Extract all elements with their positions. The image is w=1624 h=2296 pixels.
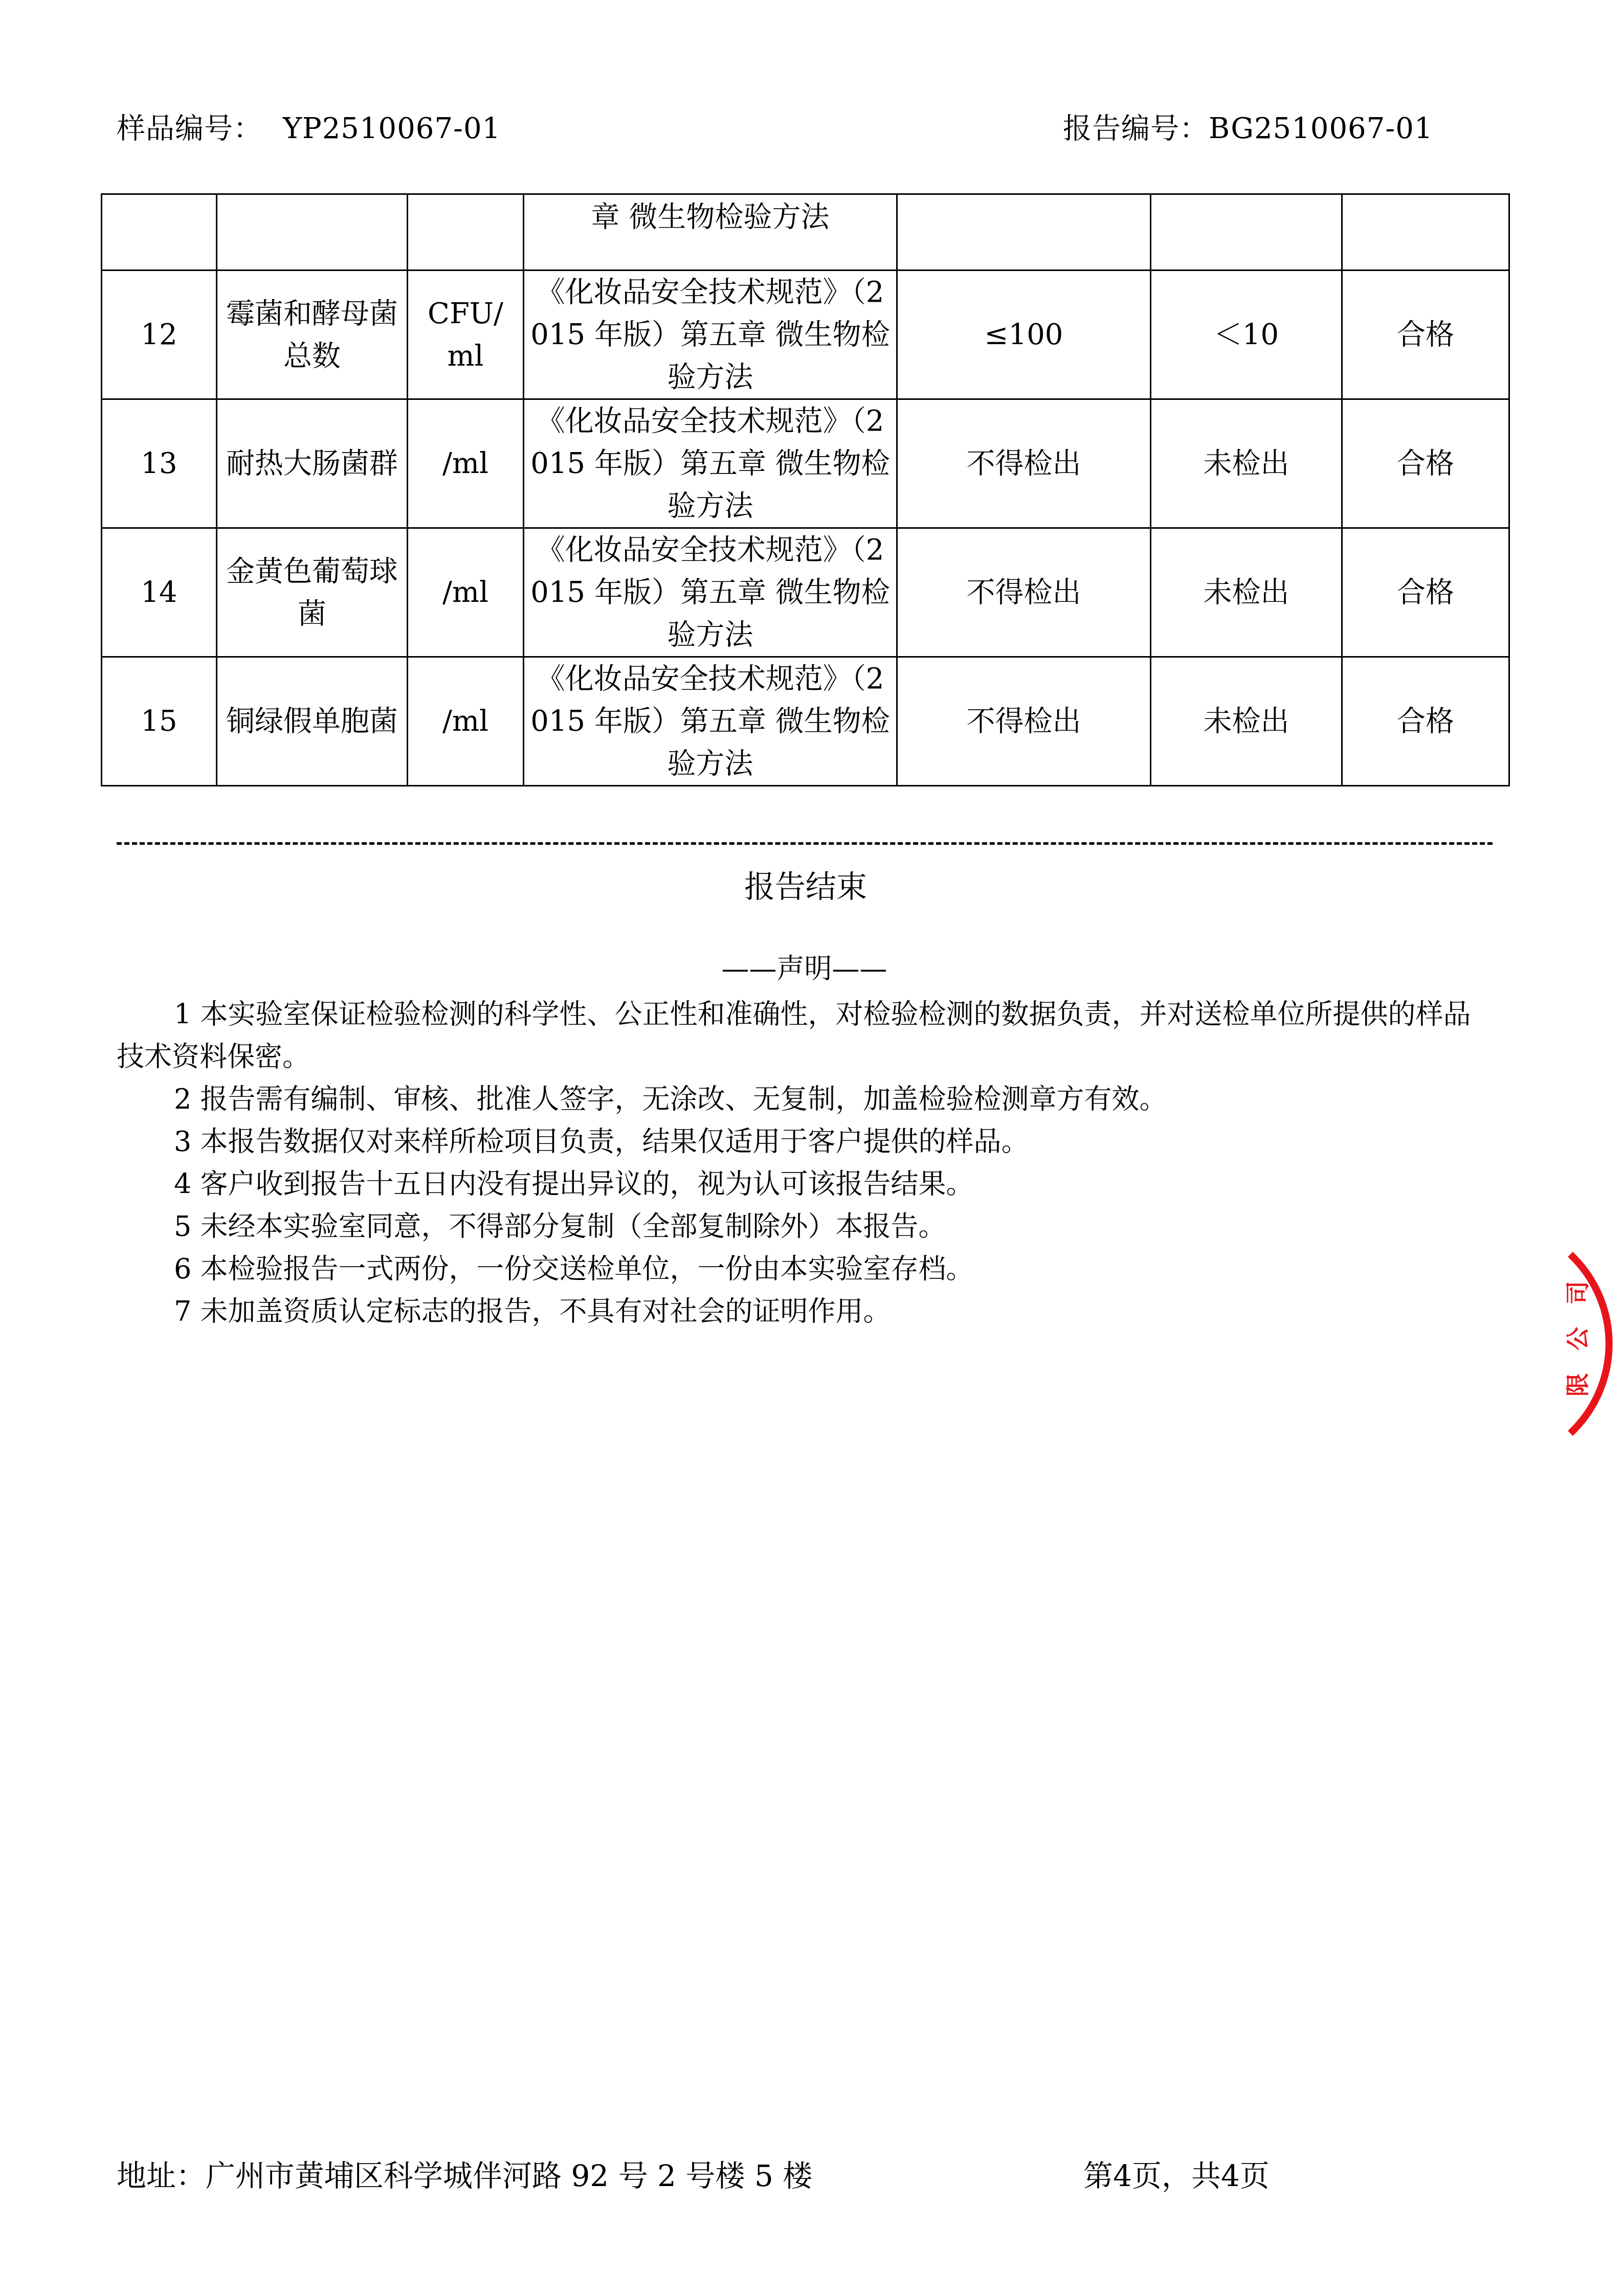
cell-verdict	[1342, 194, 1509, 271]
statement-item: 6 本检验报告一式两份，一份交送检单位，一份由本实验室存档。	[117, 1248, 1498, 1290]
cell-item: 霉菌和酵母菌总数	[217, 271, 408, 399]
footer-address: 地址：广州市黄埔区科学城伴河路 92 号 2 号楼 5 楼	[117, 2155, 812, 2196]
cell-verdict: 合格	[1342, 528, 1509, 657]
cell-result: ＜10	[1151, 271, 1342, 399]
report-number-label: 报告编号：	[1063, 112, 1209, 145]
cell-verdict: 合格	[1342, 271, 1509, 399]
svg-text:司: 司	[1564, 1281, 1591, 1304]
cell-limit	[897, 194, 1151, 271]
footer-page-info: 第4页，共4页	[1083, 2155, 1270, 2196]
cell-method: 《化妆品安全技术规范》（2015 年版）第五章 微生物检验方法	[524, 399, 897, 528]
report-end-title: 报告结束	[0, 864, 1624, 910]
table-row: 12 霉菌和酵母菌总数 CFU/ml 《化妆品安全技术规范》（2015 年版）第…	[102, 271, 1509, 399]
cell-result: 未检出	[1151, 657, 1342, 786]
cell-index: 14	[102, 528, 217, 657]
statement-item: 2 报告需有编制、审核、批准人签字，无涂改、无复制，加盖检验检测章方有效。	[117, 1078, 1498, 1120]
cell-result: 未检出	[1151, 528, 1342, 657]
cell-index: 12	[102, 271, 217, 399]
cell-result	[1151, 194, 1342, 271]
cell-limit: ≤100	[897, 271, 1151, 399]
cell-limit: 不得检出	[897, 657, 1151, 786]
statement-list: 1 本实验室保证检验检测的科学性、公正性和准确性，对检验检测的数据负责，并对送检…	[117, 993, 1498, 1333]
cell-index	[102, 194, 217, 271]
cell-verdict: 合格	[1342, 399, 1509, 528]
svg-text:公: 公	[1564, 1327, 1591, 1350]
table-row: 13 耐热大肠菌群 /ml 《化妆品安全技术规范》（2015 年版）第五章 微生…	[102, 399, 1509, 528]
cell-unit: /ml	[408, 399, 524, 528]
sample-number: 样品编号：YP2510067-01	[117, 108, 501, 149]
cell-method: 《化妆品安全技术规范》（2015 年版）第五章 微生物检验方法	[524, 657, 897, 786]
cell-unit	[408, 194, 524, 271]
cell-item: 金黄色葡萄球菌	[217, 528, 408, 657]
cell-limit: 不得检出	[897, 399, 1151, 528]
statement-item: 5 未经本实验室同意，不得部分复制（全部复制除外）本报告。	[117, 1205, 1498, 1248]
cell-item	[217, 194, 408, 271]
statement-item: 4 客户收到报告十五日内没有提出异议的，视为认可该报告结果。	[117, 1163, 1498, 1205]
cell-result: 未检出	[1151, 399, 1342, 528]
cell-verdict: 合格	[1342, 657, 1509, 786]
report-end-text: 报告结束	[744, 864, 867, 910]
cell-unit: CFU/ml	[408, 271, 524, 399]
table-row: 15 铜绿假单胞菌 /ml 《化妆品安全技术规范》（2015 年版）第五章 微生…	[102, 657, 1509, 786]
cell-limit: 不得检出	[897, 528, 1151, 657]
statement-item: 7 未加盖资质认定标志的报告，不具有对社会的证明作用。	[117, 1290, 1498, 1333]
statement-heading-text: ——声明——	[722, 949, 887, 989]
sample-number-label: 样品编号：	[117, 112, 262, 145]
sample-number-value: YP2510067-01	[283, 112, 501, 145]
cell-item: 铜绿假单胞菌	[217, 657, 408, 786]
cell-index: 15	[102, 657, 217, 786]
cell-unit: /ml	[408, 657, 524, 786]
official-seal-icon: 司 公 限	[1570, 1252, 1624, 1436]
divider-dashed	[117, 842, 1493, 845]
test-results-table: 章 微生物检验方法 12 霉菌和酵母菌总数 CFU/ml 《化妆品安全技术规范》…	[101, 193, 1510, 786]
statement-item: 1 本实验室保证检验检测的科学性、公正性和准确性，对检验检测的数据负责，并对送检…	[117, 993, 1498, 1078]
cell-index: 13	[102, 399, 217, 528]
cell-method: 《化妆品安全技术规范》（2015 年版）第五章 微生物检验方法	[524, 528, 897, 657]
cell-unit: /ml	[408, 528, 524, 657]
table-row: 14 金黄色葡萄球菌 /ml 《化妆品安全技术规范》（2015 年版）第五章 微…	[102, 528, 1509, 657]
svg-text:限: 限	[1564, 1373, 1591, 1397]
table-row-continuation: 章 微生物检验方法	[102, 194, 1509, 271]
report-number-value: BG2510067-01	[1209, 112, 1433, 145]
statement-heading: ——声明——	[0, 949, 1624, 989]
cell-item: 耐热大肠菌群	[217, 399, 408, 528]
cell-method: 章 微生物检验方法	[524, 194, 897, 271]
report-number: 报告编号：BG2510067-01	[1063, 108, 1433, 149]
statement-item: 3 本报告数据仅对来样所检项目负责，结果仅适用于客户提供的样品。	[117, 1120, 1498, 1163]
cell-method: 《化妆品安全技术规范》（2015 年版）第五章 微生物检验方法	[524, 271, 897, 399]
